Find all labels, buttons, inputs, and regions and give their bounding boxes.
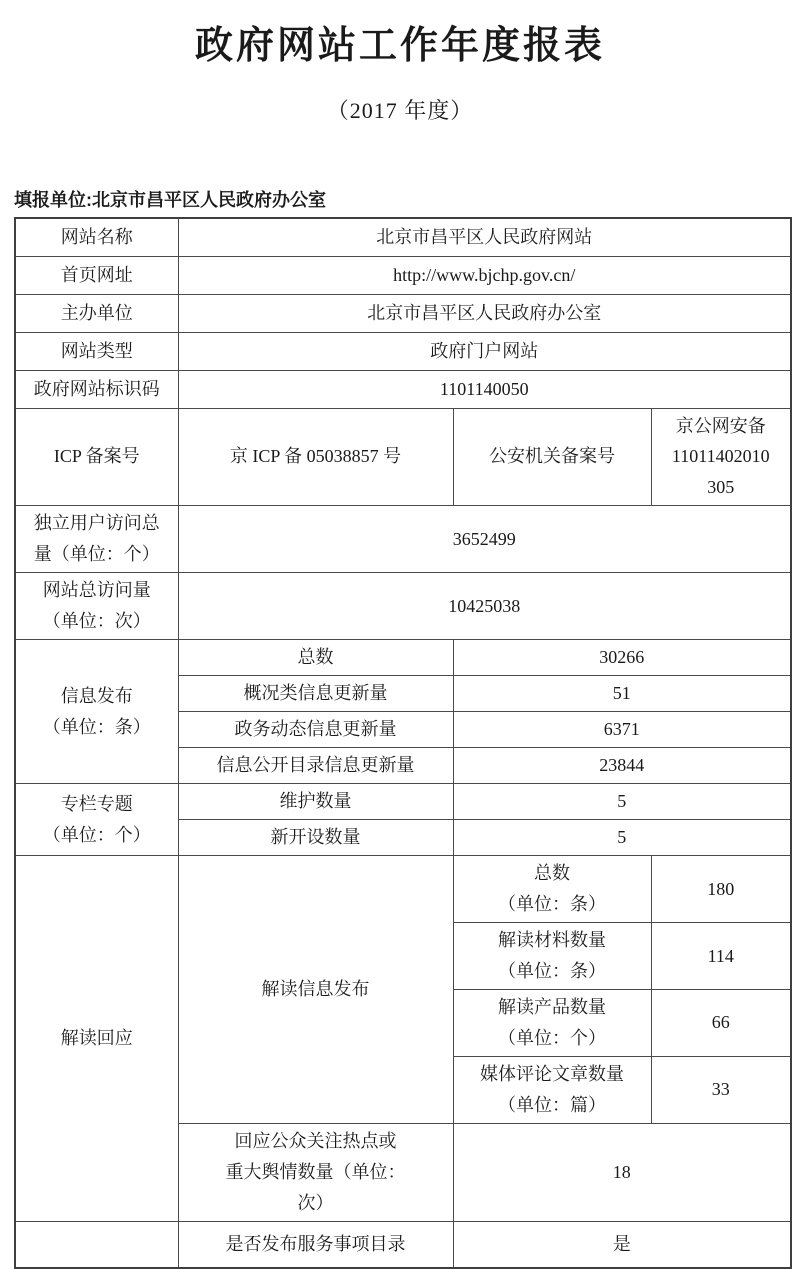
reporting-unit: 填报单位:北京市昌平区人民政府办公室 — [14, 186, 326, 212]
sponsor-unit-label: 主办单位 — [15, 294, 178, 332]
interp-product-value: 66 — [651, 989, 791, 1056]
row-icp-filing: ICP 备案号 京 ICP 备 05038857 号 公安机关备案号 京公网安备… — [15, 408, 791, 506]
sponsor-unit-value: 北京市昌平区人民政府办公室 — [178, 294, 791, 332]
row-website-name: 网站名称 北京市昌平区人民政府网站 — [15, 218, 791, 256]
topics-maintained-value: 5 — [453, 784, 791, 820]
service-catalog-label: 是否发布服务事项目录 — [178, 1221, 453, 1268]
topics-new-value: 5 — [453, 820, 791, 856]
service-catalog-value: 是 — [453, 1221, 791, 1268]
info-publish-catalog-value: 23844 — [453, 748, 791, 784]
unique-visitors-label: 独立用户访问总 量（单位：个） — [15, 506, 178, 573]
interp-product-label: 解读产品数量 （单位：个） — [453, 989, 651, 1056]
homepage-url-value: http://www.bjchp.gov.cn/ — [178, 256, 791, 294]
info-publish-news-value: 6371 — [453, 712, 791, 748]
row-info-publish-total: 信息发布 （单位：条） 总数 30266 — [15, 640, 791, 676]
website-type-value: 政府门户网站 — [178, 332, 791, 370]
info-publish-total-label: 总数 — [178, 640, 453, 676]
interp-total-value: 180 — [651, 856, 791, 923]
row-website-type: 网站类型 政府门户网站 — [15, 332, 791, 370]
empty-corner-cell — [15, 1221, 178, 1268]
topics-new-label: 新开设数量 — [178, 820, 453, 856]
response-hotspot-label: 回应公众关注热点或 重大舆情数量（单位： 次） — [178, 1123, 453, 1221]
special-topics-group-label: 专栏专题 （单位：个） — [15, 784, 178, 856]
row-sponsor-unit: 主办单位 北京市昌平区人民政府办公室 — [15, 294, 791, 332]
website-name-value: 北京市昌平区人民政府网站 — [178, 218, 791, 256]
media-comment-label: 媒体评论文章数量 （单位：篇） — [453, 1056, 651, 1123]
info-publish-catalog-label: 信息公开目录信息更新量 — [178, 748, 453, 784]
police-filing-value: 京公网安备 11011402010 305 — [651, 408, 791, 506]
homepage-url-label: 首页网址 — [15, 256, 178, 294]
report-page: 政府网站工作年度报表 （2017 年度） 填报单位:北京市昌平区人民政府办公室 … — [0, 0, 800, 1269]
website-id-label: 政府网站标识码 — [15, 370, 178, 408]
page-subtitle: （2017 年度） — [0, 94, 800, 125]
row-homepage-url: 首页网址 http://www.bjchp.gov.cn/ — [15, 256, 791, 294]
interp-total-label: 总数 （单位：条） — [453, 856, 651, 923]
website-id-value: 1101140050 — [178, 370, 791, 408]
website-type-label: 网站类型 — [15, 332, 178, 370]
row-service-catalog: 是否发布服务事项目录 是 — [15, 1221, 791, 1268]
police-filing-label: 公安机关备案号 — [453, 408, 651, 506]
interp-material-value: 114 — [651, 923, 791, 990]
interpretation-publish-label: 解读信息发布 — [178, 856, 453, 1124]
row-total-visits: 网站总访问量 （单位：次） 10425038 — [15, 573, 791, 640]
row-topics-maintained: 专栏专题 （单位：个） 维护数量 5 — [15, 784, 791, 820]
info-publish-overview-label: 概况类信息更新量 — [178, 676, 453, 712]
total-visits-label: 网站总访问量 （单位：次） — [15, 573, 178, 640]
page-title: 政府网站工作年度报表 — [0, 14, 800, 69]
icp-filing-value: 京 ICP 备 05038857 号 — [178, 408, 453, 506]
website-name-label: 网站名称 — [15, 218, 178, 256]
interpretation-group-label: 解读回应 — [15, 856, 178, 1221]
info-publish-news-label: 政务动态信息更新量 — [178, 712, 453, 748]
row-website-id: 政府网站标识码 1101140050 — [15, 370, 791, 408]
info-publish-total-value: 30266 — [453, 640, 791, 676]
info-publish-overview-value: 51 — [453, 676, 791, 712]
row-unique-visitors: 独立用户访问总 量（单位：个） 3652499 — [15, 506, 791, 573]
row-interp-total: 解读回应 解读信息发布 总数 （单位：条） 180 — [15, 856, 791, 923]
total-visits-value: 10425038 — [178, 573, 791, 640]
interp-material-label: 解读材料数量 （单位：条） — [453, 923, 651, 990]
unique-visitors-value: 3652499 — [178, 506, 791, 573]
media-comment-value: 33 — [651, 1056, 791, 1123]
info-publish-group-label: 信息发布 （单位：条） — [15, 640, 178, 784]
report-table: 网站名称 北京市昌平区人民政府网站 首页网址 http://www.bjchp.… — [14, 217, 792, 1269]
response-hotspot-value: 18 — [453, 1123, 791, 1221]
topics-maintained-label: 维护数量 — [178, 784, 453, 820]
icp-filing-label: ICP 备案号 — [15, 408, 178, 506]
